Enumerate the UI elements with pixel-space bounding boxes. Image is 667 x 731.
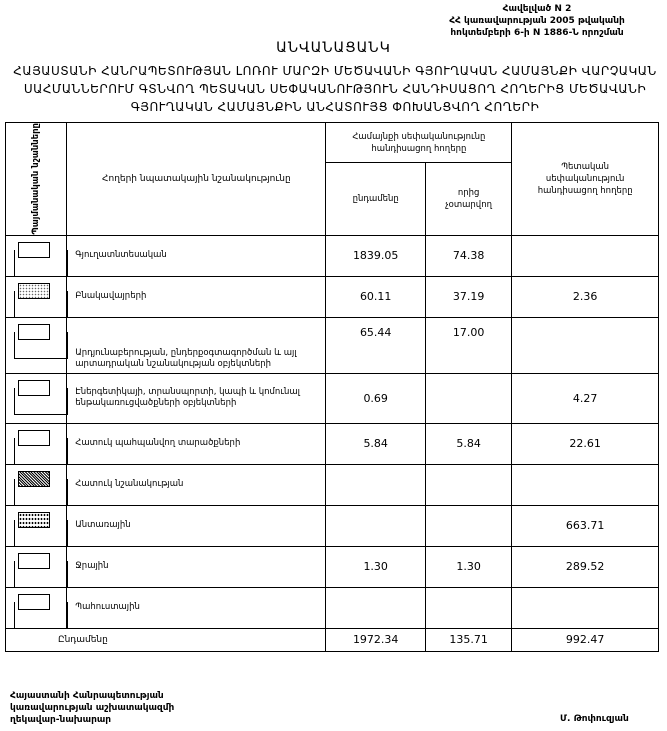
state-land: 2.36	[512, 276, 659, 317]
state-land	[512, 235, 659, 276]
legend-swatch-icon	[18, 324, 50, 340]
header-community-group: Համայնքի սեփականությունը հանդիսացող հողե…	[326, 123, 512, 163]
totals-label: Ընդամենը	[6, 628, 326, 651]
totals-row: Ընդամենը 1972.34 135.71 992.47	[6, 628, 659, 651]
table-row: Անտառային663.71	[6, 505, 659, 546]
community-total: 1.30	[326, 546, 425, 587]
header-state: Պետական սեփականություն հանդիսացող հողերը	[512, 123, 659, 236]
legend-cell	[6, 546, 67, 587]
legend-cell	[6, 587, 67, 628]
legend-cell	[6, 464, 67, 505]
document-subtitle: ՀԱՅԱՍՏԱՆԻ ՀԱՆՐԱՊԵՏՈՒԹՅԱՆ ԼՈՌՈՒ ՄԱՐԶԻ ՄԵԾ…	[10, 62, 660, 116]
subtitle-line: ԳՅՈՒՂԱԿԱՆ ՀԱՄԱՅՆՔԻՆ ԱՆՀԱՏՈՒՅՑ ՓՈԽԱՆՑՎՈՂ …	[10, 98, 660, 116]
annex-reference: Հավելված N 2 ՀՀ կառավարության 2005 թվակա…	[417, 3, 657, 39]
state-land: 4.27	[512, 373, 659, 423]
legend-swatch-icon	[18, 283, 50, 299]
table-row: Հատուկ պահպանվող տարածքների5.845.8422.61	[6, 423, 659, 464]
land-purpose: Էներգետիկայի, տրանսպորտի, կապի և կոմունա…	[67, 373, 326, 423]
legend-swatch-icon	[18, 471, 50, 487]
totals-total: 1972.34	[326, 628, 425, 651]
header-non-alienable: որից չօտարվող	[425, 163, 511, 235]
land-purpose: Բնակավայրերի	[67, 276, 326, 317]
community-non-alienable: 37.19	[425, 276, 511, 317]
subtitle-line: ՀԱՅԱՍՏԱՆԻ ՀԱՆՐԱՊԵՏՈՒԹՅԱՆ ԼՈՌՈՒ ՄԱՐԶԻ ՄԵԾ…	[10, 62, 660, 80]
community-non-alienable	[425, 587, 511, 628]
legend-swatch-icon	[18, 512, 50, 528]
land-purpose: Հատուկ պահպանվող տարածքների	[67, 423, 326, 464]
legend-swatch-icon	[18, 430, 50, 446]
legend-swatch-icon	[18, 594, 50, 610]
community-non-alienable: 17.00	[425, 317, 511, 373]
table-row: Հատուկ նշանակության	[6, 464, 659, 505]
community-total: 1839.05	[326, 235, 425, 276]
signatory-name: Մ. Թոփուզյան	[560, 714, 629, 724]
state-land: 289.52	[512, 546, 659, 587]
community-non-alienable: 5.84	[425, 423, 511, 464]
annex-date: հոկտեմբերի 6-ի N 1886-Ն որոշման	[417, 27, 657, 39]
legend-cell	[6, 317, 67, 373]
community-total	[326, 587, 425, 628]
annex-number: Հավելված N 2	[417, 3, 657, 15]
table-row: Բնակավայրերի60.1137.192.36	[6, 276, 659, 317]
legend-cell	[6, 423, 67, 464]
table-row: Արդյունաբերության, ընդերքօգտագործման և ա…	[6, 317, 659, 373]
community-total: 5.84	[326, 423, 425, 464]
state-land	[512, 587, 659, 628]
community-non-alienable: 74.38	[425, 235, 511, 276]
community-non-alienable	[425, 505, 511, 546]
legend-cell	[6, 276, 67, 317]
legend-swatch-icon	[18, 380, 50, 396]
header-legend: Պայմանական նշանները	[6, 123, 67, 236]
state-land	[512, 464, 659, 505]
community-total: 0.69	[326, 373, 425, 423]
table-row: Գյուղատնտեսական1839.0574.38	[6, 235, 659, 276]
annex-decree: ՀՀ կառավարության 2005 թվականի	[417, 15, 657, 27]
totals-state: 992.47	[512, 628, 659, 651]
community-non-alienable	[425, 464, 511, 505]
state-land: 22.61	[512, 423, 659, 464]
land-purpose: Գյուղատնտեսական	[67, 235, 326, 276]
table-row: Պահուստային	[6, 587, 659, 628]
land-purpose: Պահուստային	[67, 587, 326, 628]
table-row: Էներգետիկայի, տրանսպորտի, կապի և կոմունա…	[6, 373, 659, 423]
legend-cell	[6, 235, 67, 276]
header-total: ընդամենը	[326, 163, 425, 235]
land-purpose: Արդյունաբերության, ընդերքօգտագործման և ա…	[67, 317, 326, 373]
community-total	[326, 505, 425, 546]
legend-cell	[6, 373, 67, 423]
community-total	[326, 464, 425, 505]
document-title: ԱՆՎԱՆԱՑԱՆԿ	[0, 40, 667, 56]
legend-swatch-icon	[18, 242, 50, 258]
totals-non-alienable: 135.71	[425, 628, 511, 651]
state-land	[512, 317, 659, 373]
signatory-title-line: ղեկավար-նախարար	[10, 714, 174, 726]
community-non-alienable	[425, 373, 511, 423]
legend-swatch-icon	[18, 553, 50, 569]
legend-cell	[6, 505, 67, 546]
community-non-alienable: 1.30	[425, 546, 511, 587]
header-purpose: Հողերի նպատակային նշանակությունը	[67, 123, 326, 236]
state-land: 663.71	[512, 505, 659, 546]
signatory-title-line: Հայաստանի Հանրապետության	[10, 690, 174, 702]
community-total: 60.11	[326, 276, 425, 317]
table-row: Ջրային1.301.30289.52	[6, 546, 659, 587]
signatory-title-line: կառավարության աշխատակազմի	[10, 702, 174, 714]
land-purpose: Ջրային	[67, 546, 326, 587]
land-purpose: Անտառային	[67, 505, 326, 546]
land-table: Պայմանական նշանները Հողերի նպատակային նշ…	[5, 122, 659, 652]
subtitle-line: ՍԱՀՄԱՆՆԵՐՈՒՄ ԳՏՆՎՈՂ ՊԵՏԱԿԱՆ ՍԵՓԱԿԱՆՈՒԹՅՈ…	[10, 80, 660, 98]
community-total: 65.44	[326, 317, 425, 373]
header-legend-text: Պայմանական նշանները	[31, 123, 42, 235]
signatory-title: Հայաստանի Հանրապետության կառավարության ա…	[10, 690, 174, 726]
land-purpose: Հատուկ նշանակության	[67, 464, 326, 505]
